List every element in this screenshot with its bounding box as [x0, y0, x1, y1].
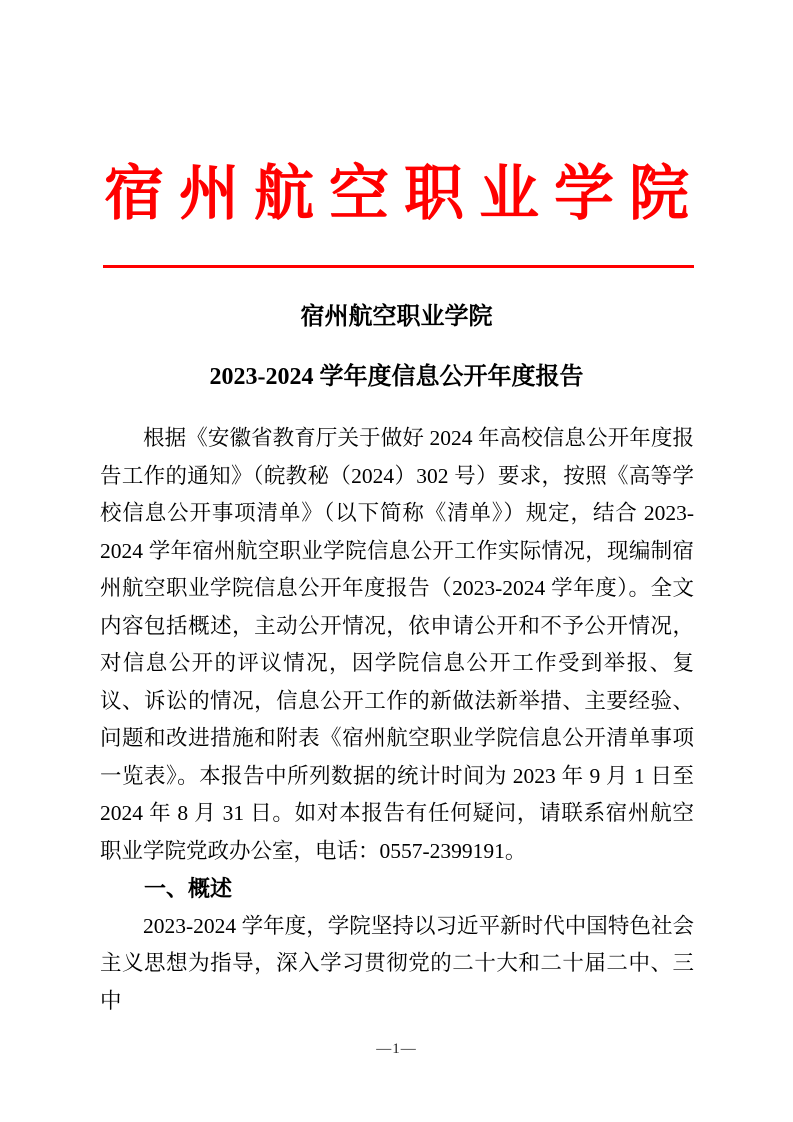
doc-org-name: 宿州航空职业学院 — [100, 296, 693, 331]
intro-paragraph: 根据《安徽省教育厅关于做好 2024 年高校信息公开年度报告工作的通知》（皖教秘… — [100, 420, 694, 870]
masthead-title: 宿 州 航 空 职 业 学 院 — [100, 146, 693, 232]
document-body: 根据《安徽省教育厅关于做好 2024 年高校信息公开年度报告工作的通知》（皖教秘… — [100, 420, 694, 1020]
document-page: 宿 州 航 空 职 业 学 院 宿州航空职业学院 2023-2024 学年度信息… — [0, 0, 793, 1122]
masthead-divider-line — [103, 265, 694, 268]
doc-report-title: 2023-2024 学年度信息公开年度报告 — [100, 356, 693, 391]
section-1-paragraph: 2023-2024 学年度，学院坚持以习近平新时代中国特色社会主义思想为指导，深… — [100, 908, 694, 1021]
page-number: —1— — [0, 1041, 793, 1058]
section-1-heading: 一、概述 — [100, 870, 694, 908]
